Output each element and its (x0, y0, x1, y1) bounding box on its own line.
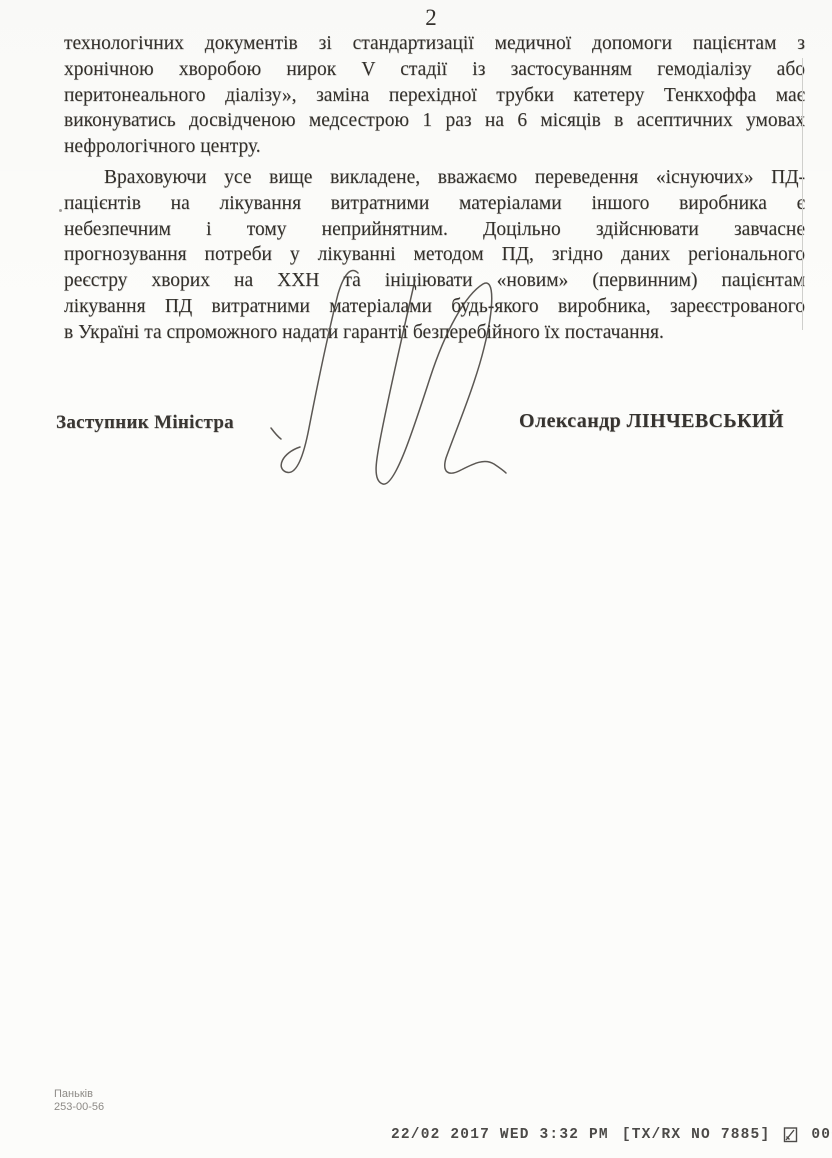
fax-txrx-number: [TX/RX NO 7885] (622, 1127, 771, 1143)
text-line: пацієнтів на лікування витратними матері… (64, 191, 805, 217)
signer-title: Заступник Міністра (56, 412, 234, 434)
executor-note: Паньків 253-00-56 (54, 1088, 104, 1114)
fax-page-icon (783, 1126, 798, 1143)
text-line: виконуватись досвідченою медсестрою 1 ра… (64, 108, 805, 134)
scanned-letter-page: 2 технологічних документів зі стандартиз… (0, 0, 832, 1158)
page-number: 2 (0, 5, 832, 31)
paragraph-1: технологічних документів зі стандартизац… (64, 31, 805, 160)
text-line: нефрологічного центру. (64, 134, 805, 160)
text-line: Враховуючи усе вище викладене, вважаємо … (64, 165, 805, 191)
executor-phone: 253-00-56 (54, 1101, 104, 1114)
text-line: технологічних документів зі стандартизац… (64, 31, 805, 57)
scan-edge-line-artifact (802, 58, 803, 330)
text-line: перитонеального діалізу», заміна перехід… (64, 83, 805, 109)
fax-transmission-stamp: 22/02 2017 WED 3:32 PM [TX/RX NO 7885] 0… (391, 1126, 832, 1143)
scan-dot-artifact (59, 209, 62, 212)
text-line: небезпечним і тому неприйнятним. Доцільн… (64, 217, 805, 243)
text-line: хронічною хворобою нирок V стадії із зас… (64, 57, 805, 83)
fax-page-counter: 0001 (811, 1127, 832, 1143)
executor-name: Паньків (54, 1088, 104, 1101)
signer-name: Олександр ЛІНЧЕВСЬКИЙ (519, 410, 784, 433)
fax-datetime: 22/02 2017 WED 3:32 PM (391, 1127, 609, 1143)
handwritten-signature-icon (255, 260, 515, 485)
